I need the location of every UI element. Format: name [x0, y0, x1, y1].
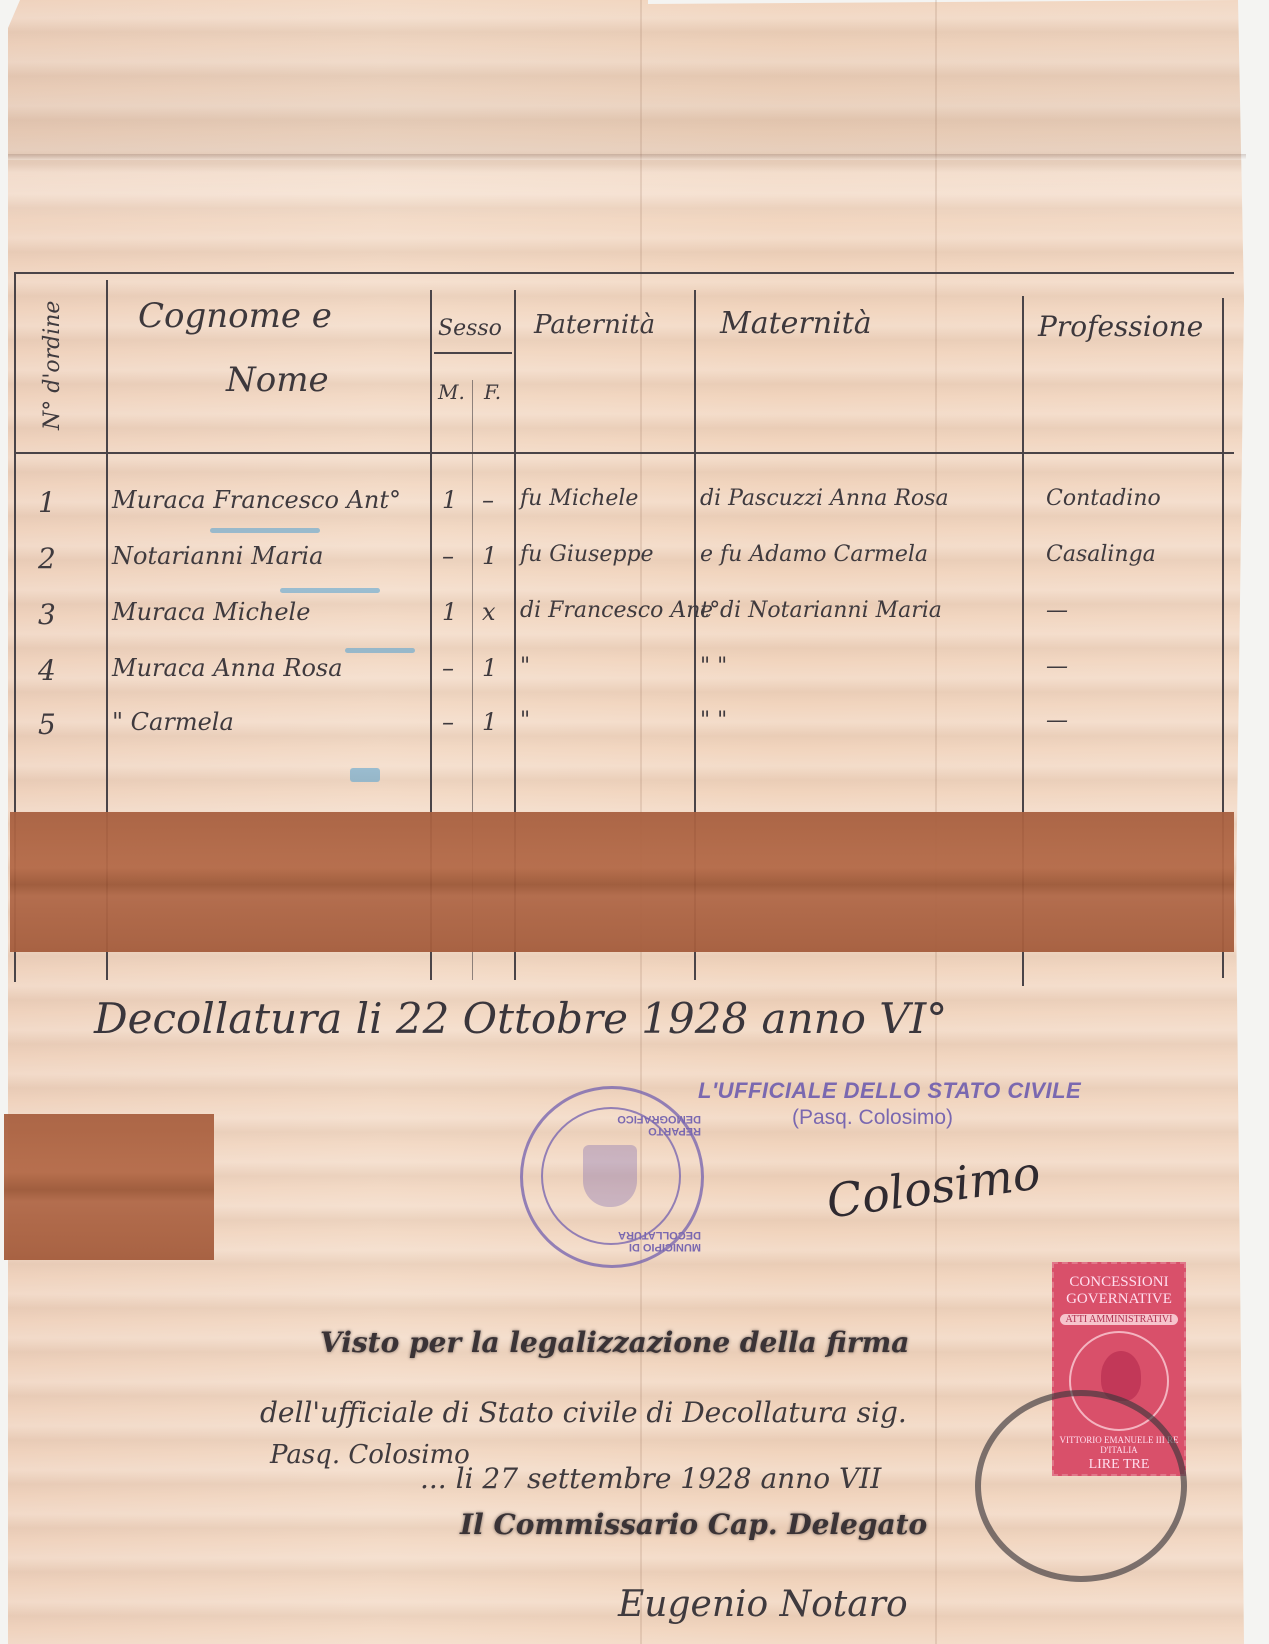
header-n-ordine: N° d'ordine — [40, 301, 65, 430]
sesso-underline — [434, 352, 512, 354]
header-professione: Professione — [1038, 310, 1203, 343]
row-sex-m: 1 — [442, 598, 457, 626]
row-sex-f: 1 — [482, 542, 497, 570]
seal-top-text: REPARTO DEMOGRAFICO — [567, 1113, 701, 1137]
row-number: 2 — [38, 542, 56, 575]
seal-bottom-text: MUNICIPIO DI DECOLLATURA — [553, 1229, 701, 1253]
row-name: Muraca Anna Rosa — [112, 654, 343, 682]
row-sex-f: 1 — [482, 654, 497, 682]
row-professione: Casalinga — [1046, 542, 1156, 567]
legalization-line1: Visto per la legalizzazione della firma — [320, 1326, 909, 1359]
row-maternita: di Pascuzzi Anna Rosa — [700, 486, 949, 511]
header-sesso: Sesso — [438, 316, 502, 341]
row-professione: — — [1046, 598, 1068, 623]
row-paternita: fu Giuseppe — [520, 542, 654, 567]
fold-line — [8, 154, 1246, 160]
row-number: 4 — [38, 654, 56, 687]
row-paternita: " — [520, 708, 530, 733]
revenue-stamp-line2: GOVERNATIVE — [1054, 1291, 1184, 1308]
municipal-seal: REPARTO DEMOGRAFICO MUNICIPIO DI DECOLLA… — [520, 1086, 704, 1268]
row-sex-m: – — [442, 708, 454, 736]
revenue-stamp-banner: ATTI AMMINISTRATIVI — [1060, 1314, 1178, 1325]
row-sex-f: 1 — [482, 708, 497, 736]
row-maternita: " " — [700, 708, 727, 733]
row-professione: — — [1046, 654, 1068, 679]
revenue-stamp-line1: CONCESSIONI — [1054, 1274, 1184, 1291]
header-maternita: Maternità — [720, 306, 872, 341]
coat-of-arms-icon — [583, 1145, 637, 1207]
officer-name-stamp: (Pasq. Colosimo) — [792, 1106, 953, 1130]
header-sesso-f: F. — [484, 380, 501, 404]
row-sex-m: – — [442, 654, 454, 682]
row-maternita: " " — [700, 654, 727, 679]
header-paternita: Paternità — [534, 310, 655, 340]
header-sesso-m: M. — [438, 380, 465, 404]
row-name: Notarianni Maria — [112, 542, 323, 570]
table-header-rule — [14, 452, 1234, 454]
legalization-line2: dell'ufficiale di Stato civile di Decoll… — [260, 1396, 907, 1429]
row-sex-f: – — [482, 486, 494, 514]
row-professione: — — [1046, 708, 1068, 733]
legalization-line5: Il Commissario Cap. Delegato — [460, 1508, 927, 1541]
repair-tape — [10, 812, 1234, 952]
row-maternita: e di Notarianni Maria — [700, 598, 942, 623]
row-sex-f: x — [482, 598, 496, 626]
row-name: Muraca Michele — [112, 598, 310, 626]
date-line: Decollatura li 22 Ottobre 1928 anno VI° — [94, 994, 947, 1043]
row-paternita: fu Michele — [520, 486, 638, 511]
postmark-cancellation — [975, 1390, 1187, 1582]
row-number: 1 — [38, 486, 56, 519]
legalization-line4: ... li 27 settembre 1928 anno VII — [420, 1462, 881, 1495]
repair-tape — [4, 1114, 214, 1260]
pencil-mark — [345, 648, 415, 653]
row-paternita: " — [520, 654, 530, 679]
pencil-mark — [350, 768, 380, 782]
row-maternita: e fu Adamo Carmela — [700, 542, 928, 567]
row-sex-m: 1 — [442, 486, 457, 514]
pencil-mark — [210, 528, 320, 533]
header-cognome: Cognome e — [138, 296, 332, 336]
row-name: " Carmela — [112, 708, 234, 736]
legalization-signature: Eugenio Notaro — [618, 1584, 908, 1625]
pencil-mark — [280, 588, 380, 593]
table-top-rule — [14, 272, 1234, 274]
row-professione: Contadino — [1046, 486, 1161, 511]
header-nome: Nome — [226, 360, 329, 400]
row-name: Muraca Francesco Ant° — [112, 486, 401, 514]
row-number: 3 — [38, 598, 56, 631]
row-paternita: di Francesco Ant° — [520, 598, 720, 623]
row-number: 5 — [38, 708, 56, 741]
row-sex-m: – — [442, 542, 454, 570]
officer-title-stamp: L'UFFICIALE DELLO STATO CIVILE — [698, 1078, 1081, 1104]
